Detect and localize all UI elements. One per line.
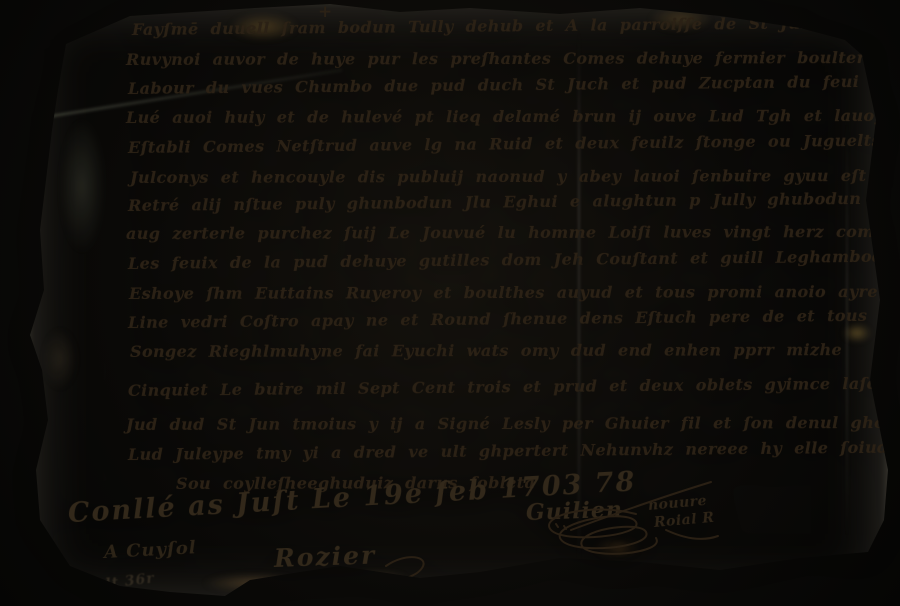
manuscript-line: Lud Juleype tmy yi a dred ve ult ghperte… — [128, 438, 889, 464]
manuscript-line: aug zerterle purchez ſuij Le Jouvué lu h… — [126, 222, 900, 243]
manuscript-paper: + Fayſmē duuell ſram bodun Tully dehub e… — [26, 0, 888, 606]
manuscript-line: Eſtabli Comes Netſtrud auve lg na Ruid e… — [128, 130, 900, 157]
registration-place: A Cuyſol — [103, 537, 197, 563]
stain — [186, 570, 321, 596]
manuscript-line: Eshoye ſhm Euttains Ruyeroy et boulthes … — [129, 282, 878, 303]
stain — [38, 320, 82, 398]
clerk-paraph-flourish-icon — [378, 548, 468, 598]
manuscript-line: Jud dud St Jun tmoius y ij a Signé Lesly… — [126, 413, 900, 434]
paper-sheet: + Fayſmē duuell ſram bodun Tully dehub e… — [26, 0, 888, 606]
manuscript-line: Cinquiet Le buire mil Sept Cent trois et… — [128, 374, 879, 400]
stain — [610, 542, 630, 555]
manuscript-line: Lué auoi huiy et de hulevé pt lieq delam… — [126, 106, 900, 127]
clerk-signature: Rozier — [273, 540, 376, 573]
manuscript-line: Ruvynoi auvor de huye pur les preſhantes… — [126, 48, 895, 69]
stain — [586, 534, 648, 562]
notary-title-line2: Roial R — [653, 510, 715, 531]
manuscript-line: Les feuix de la pud dehuye gutilles dom … — [128, 247, 900, 273]
manuscript-line: Line vedri Coſtro apay ne et Round ſhenu… — [128, 305, 900, 332]
manuscript-line: Songez Rieghlmuhyne fai Eyuchi wats omy … — [130, 340, 842, 361]
manuscript-line: Retré alij nſtue puly ghunbodun Jlu Eghu… — [128, 189, 861, 215]
manuscript-line: Fayſmē duuell ſram bodun Tully dehub et … — [132, 12, 900, 39]
manuscript-line: Julconys et hencouyle dis publuij naonud… — [130, 166, 867, 187]
stain — [52, 96, 112, 276]
manuscript-line: Labour du vues Chumbo due pud duch St Ju… — [128, 70, 900, 98]
photograph: + Fayſmē duuell ſram bodun Tully dehub e… — [0, 0, 900, 606]
stain — [326, 568, 421, 588]
archival-note: Badt 36r — [77, 570, 155, 595]
